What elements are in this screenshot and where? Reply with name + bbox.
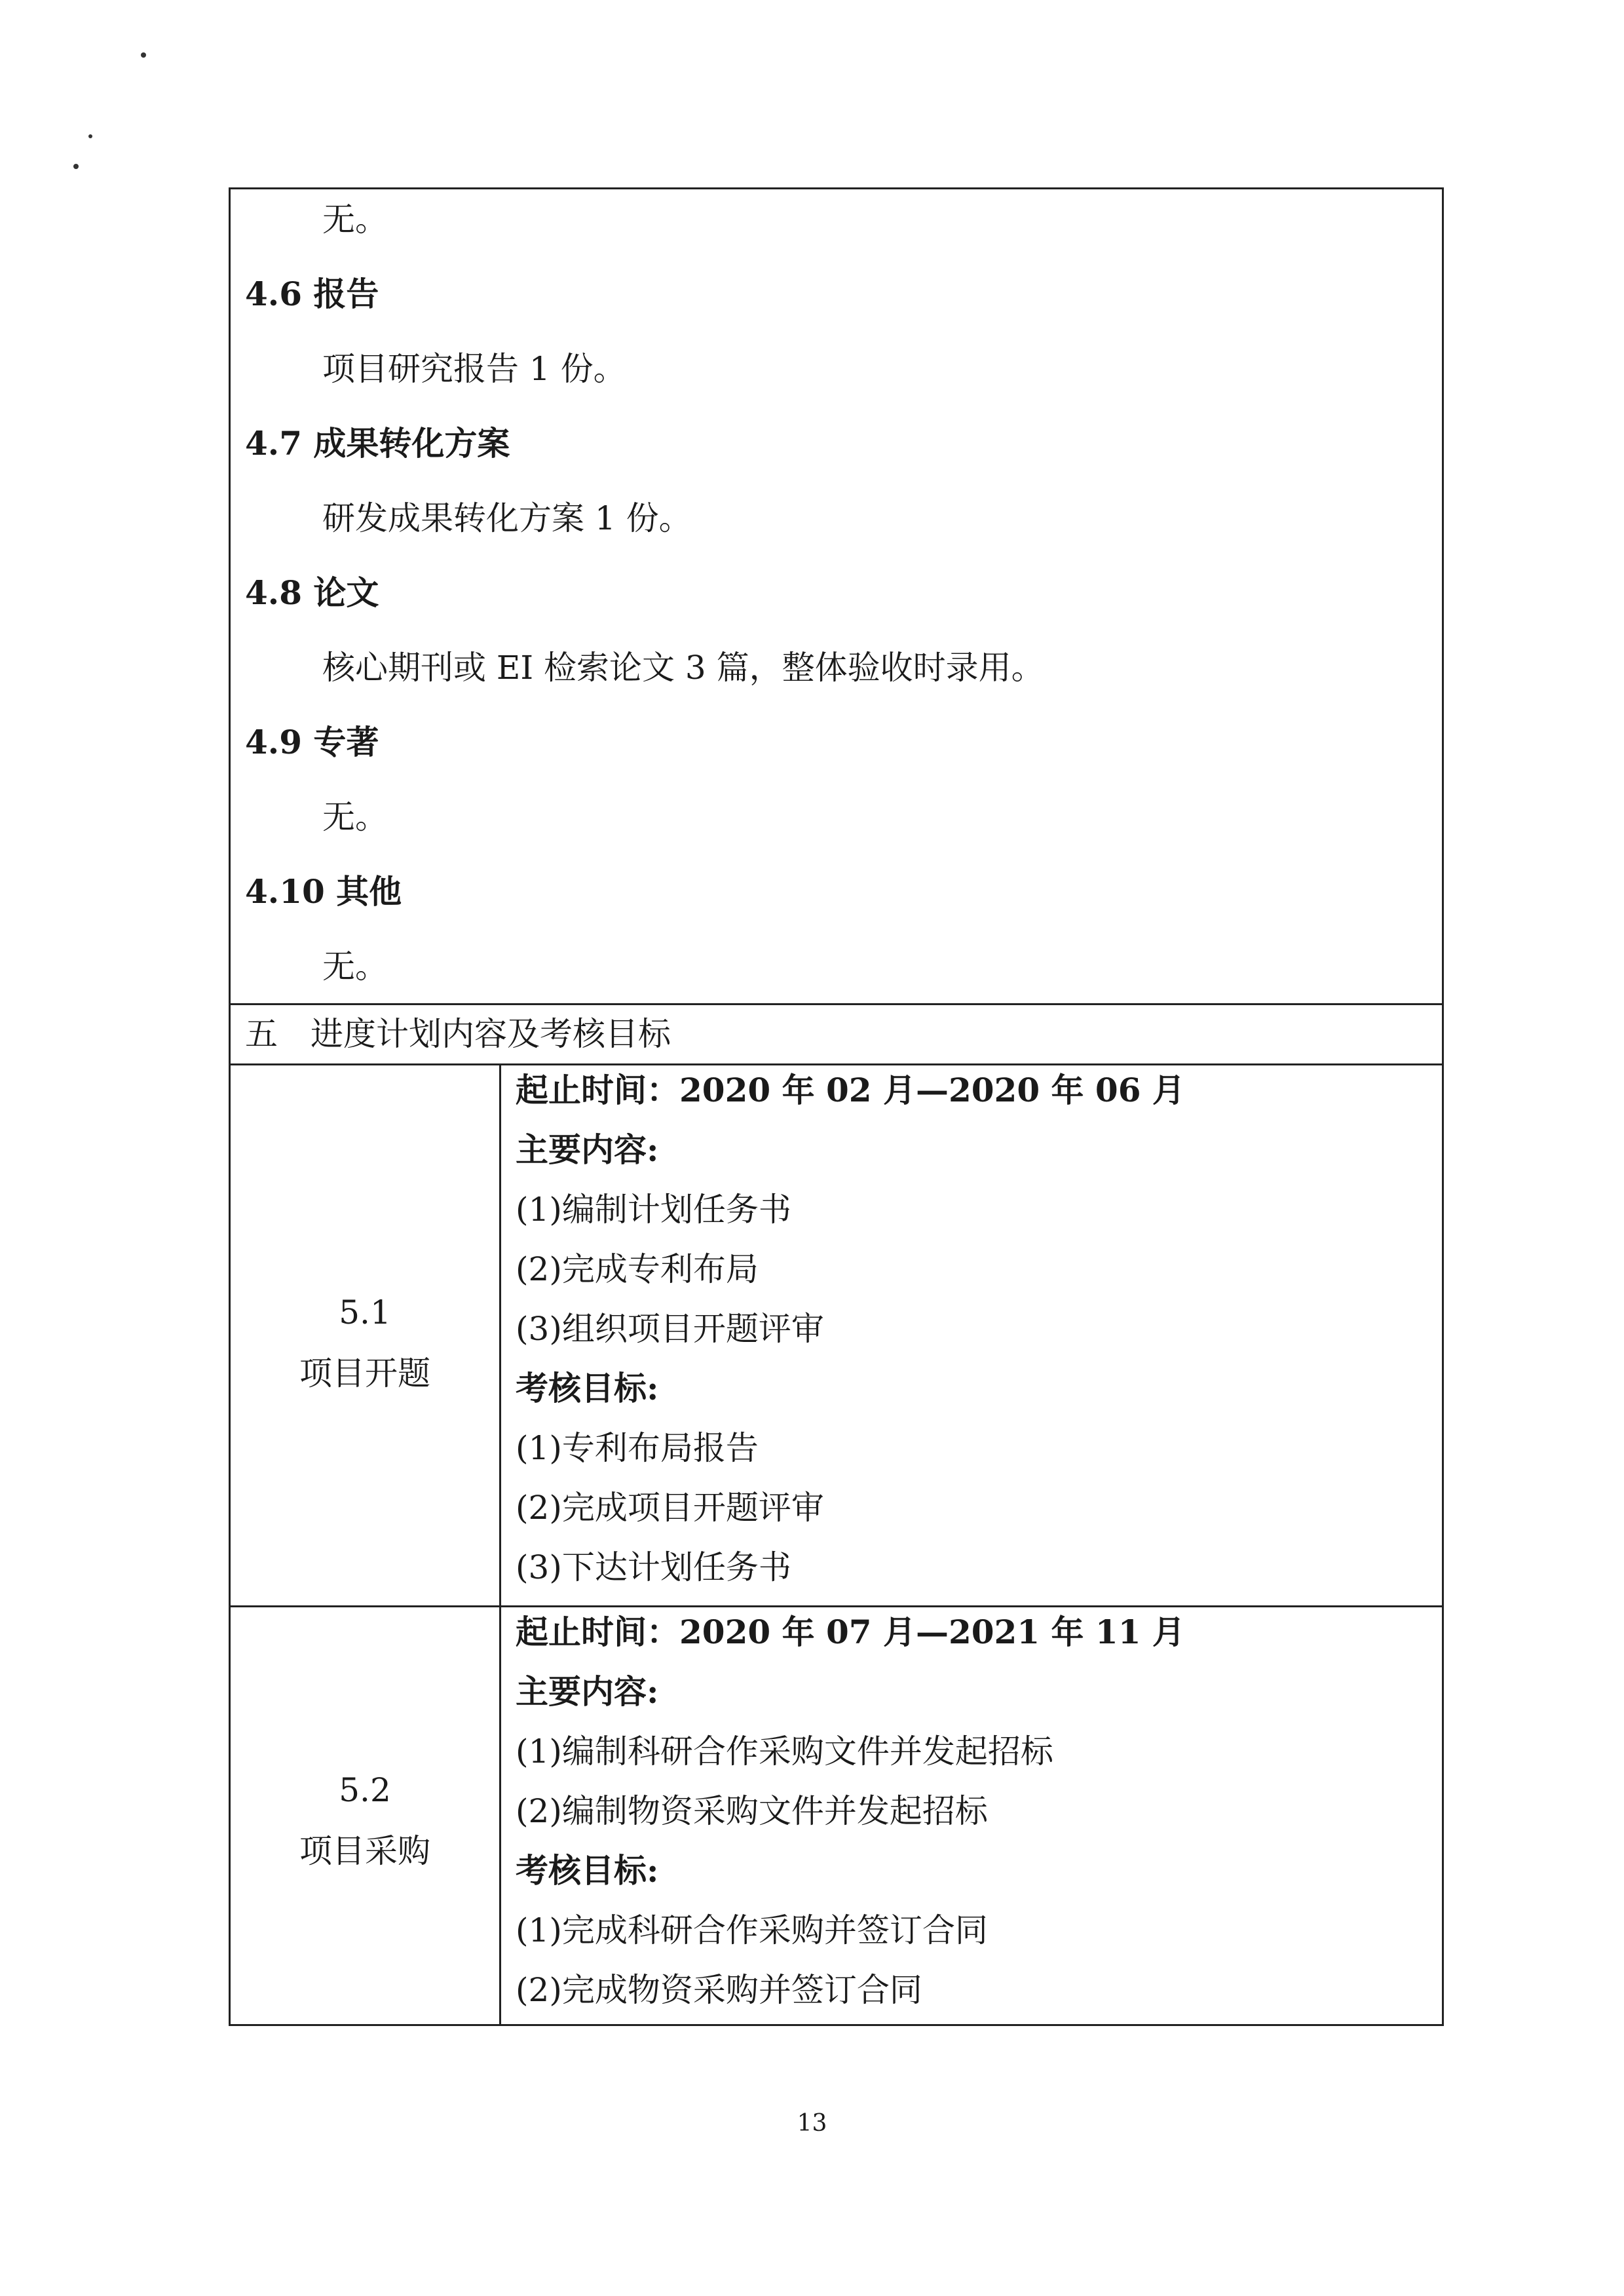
page-number: 13 <box>0 2110 1624 2137</box>
content-item: (2)编制物资采购文件并发起招标 <box>516 1791 988 1831</box>
body-text: 无。 <box>322 947 388 986</box>
row-label-cell: 5.2 项目采购 <box>231 1607 501 2026</box>
row-detail-cell: 起止时间：2020 年 07 月—2021 年 11 月 主要内容: (1)编制… <box>501 1607 1442 2026</box>
schedule-row-5-2: 5.2 项目采购 起止时间：2020 年 07 月—2021 年 11 月 主要… <box>231 1607 1442 2026</box>
section-heading: 4.7 成果转化方案 <box>245 424 510 463</box>
period-line: 起止时间：2020 年 07 月—2021 年 11 月 <box>516 1613 1185 1652</box>
content-label: 主要内容: <box>516 1130 658 1170</box>
content-item: (1)编制科研合作采购文件并发起招标 <box>516 1732 1053 1771</box>
row-id: 5.1 <box>231 1293 499 1331</box>
scan-speck <box>141 52 146 58</box>
target-item: (2)完成项目开题评审 <box>516 1488 824 1527</box>
section-heading: 4.10 其他 <box>245 872 402 911</box>
section-heading: 4.6 报告 <box>245 275 379 314</box>
body-text: 研发成果转化方案 1 份。 <box>322 499 692 538</box>
scan-speck <box>88 134 92 138</box>
period-line: 起止时间：2020 年 02 月—2020 年 06 月 <box>516 1071 1185 1110</box>
row-id: 5.2 <box>231 1771 499 1809</box>
row-label-cell: 5.1 项目开题 <box>231 1065 501 1605</box>
scan-speck <box>73 164 79 169</box>
content-item: (2)完成专利布局 <box>516 1250 759 1289</box>
section-heading: 4.8 论文 <box>245 573 379 613</box>
target-item: (2)完成物资采购并签订合同 <box>516 1970 922 2010</box>
body-text: 核心期刊或 EI 检索论文 3 篇，整体验收时录用。 <box>322 648 1044 687</box>
row-name: 项目采购 <box>231 1825 499 1872</box>
section-heading: 4.9 专著 <box>245 723 379 762</box>
row-name: 项目开题 <box>231 1347 499 1394</box>
body-text: 无。 <box>322 797 388 837</box>
body-text: 无。 <box>322 200 388 239</box>
target-item: (3)下达计划任务书 <box>516 1548 791 1587</box>
section-5-header: 五 进度计划内容及考核目标 <box>231 1003 1442 1065</box>
target-label: 考核目标: <box>516 1851 658 1890</box>
target-item: (1)专利布局报告 <box>516 1428 759 1468</box>
document-table: 无。 4.6 报告 项目研究报告 1 份。 4.7 成果转化方案 研发成果转化方… <box>229 187 1444 2026</box>
body-text: 项目研究报告 1 份。 <box>322 349 626 389</box>
target-label: 考核目标: <box>516 1369 658 1408</box>
row-detail-cell: 起止时间：2020 年 02 月—2020 年 06 月 主要内容: (1)编制… <box>501 1065 1442 1605</box>
target-item: (1)完成科研合作采购并签订合同 <box>516 1911 988 1950</box>
content-item: (1)编制计划任务书 <box>516 1190 791 1229</box>
schedule-row-5-1: 5.1 项目开题 起止时间：2020 年 02 月—2020 年 06 月 主要… <box>231 1065 1442 1607</box>
content-label: 主要内容: <box>516 1672 658 1712</box>
deliverables-section: 无。 4.6 报告 项目研究报告 1 份。 4.7 成果转化方案 研发成果转化方… <box>231 189 1442 1003</box>
section-5-title: 五 进度计划内容及考核目标 <box>245 1014 671 1054</box>
content-item: (3)组织项目开题评审 <box>516 1309 824 1349</box>
